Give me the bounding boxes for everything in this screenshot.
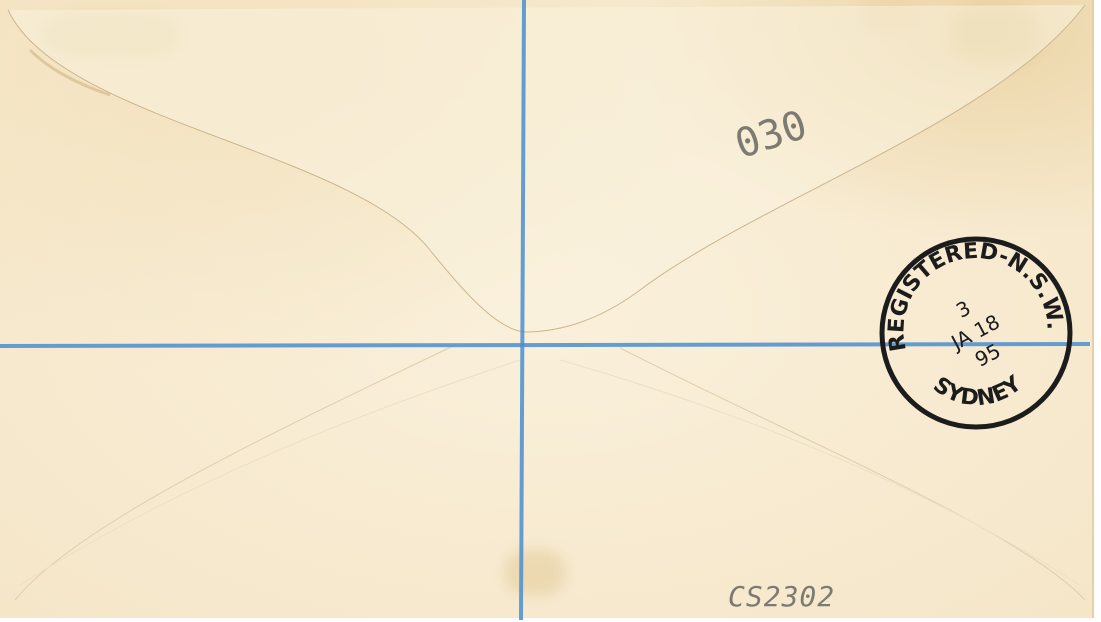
pencil-note-bottom: CS2302: [728, 580, 835, 613]
envelope-back: 030 CS2302 REGISTERED-N.S.W. SYDNEY 3 JA…: [0, 0, 1094, 618]
postmark-stamp: REGISTERED-N.S.W. SYDNEY 3 JA 18 95: [878, 235, 1074, 431]
svg-text:SYDNEY: SYDNEY: [928, 371, 1027, 412]
svg-text:3: 3: [952, 296, 975, 323]
